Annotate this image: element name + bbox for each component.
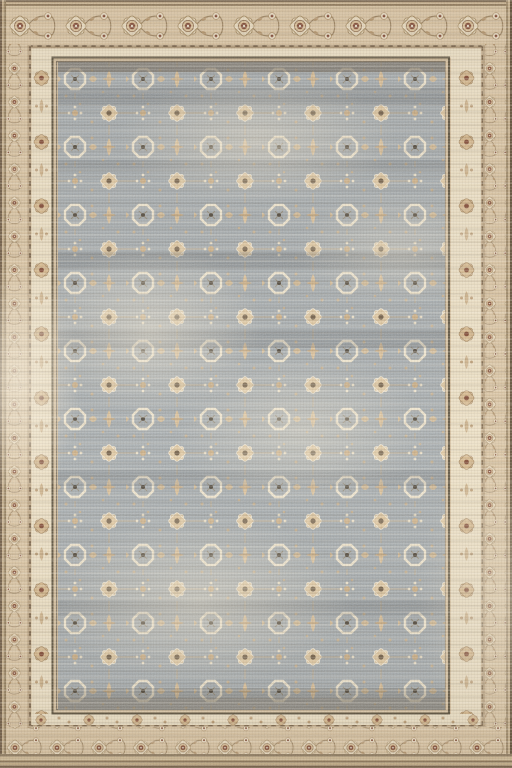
rug-field xyxy=(58,62,445,710)
rug-graphic xyxy=(0,0,512,768)
rug-photo xyxy=(0,0,512,768)
